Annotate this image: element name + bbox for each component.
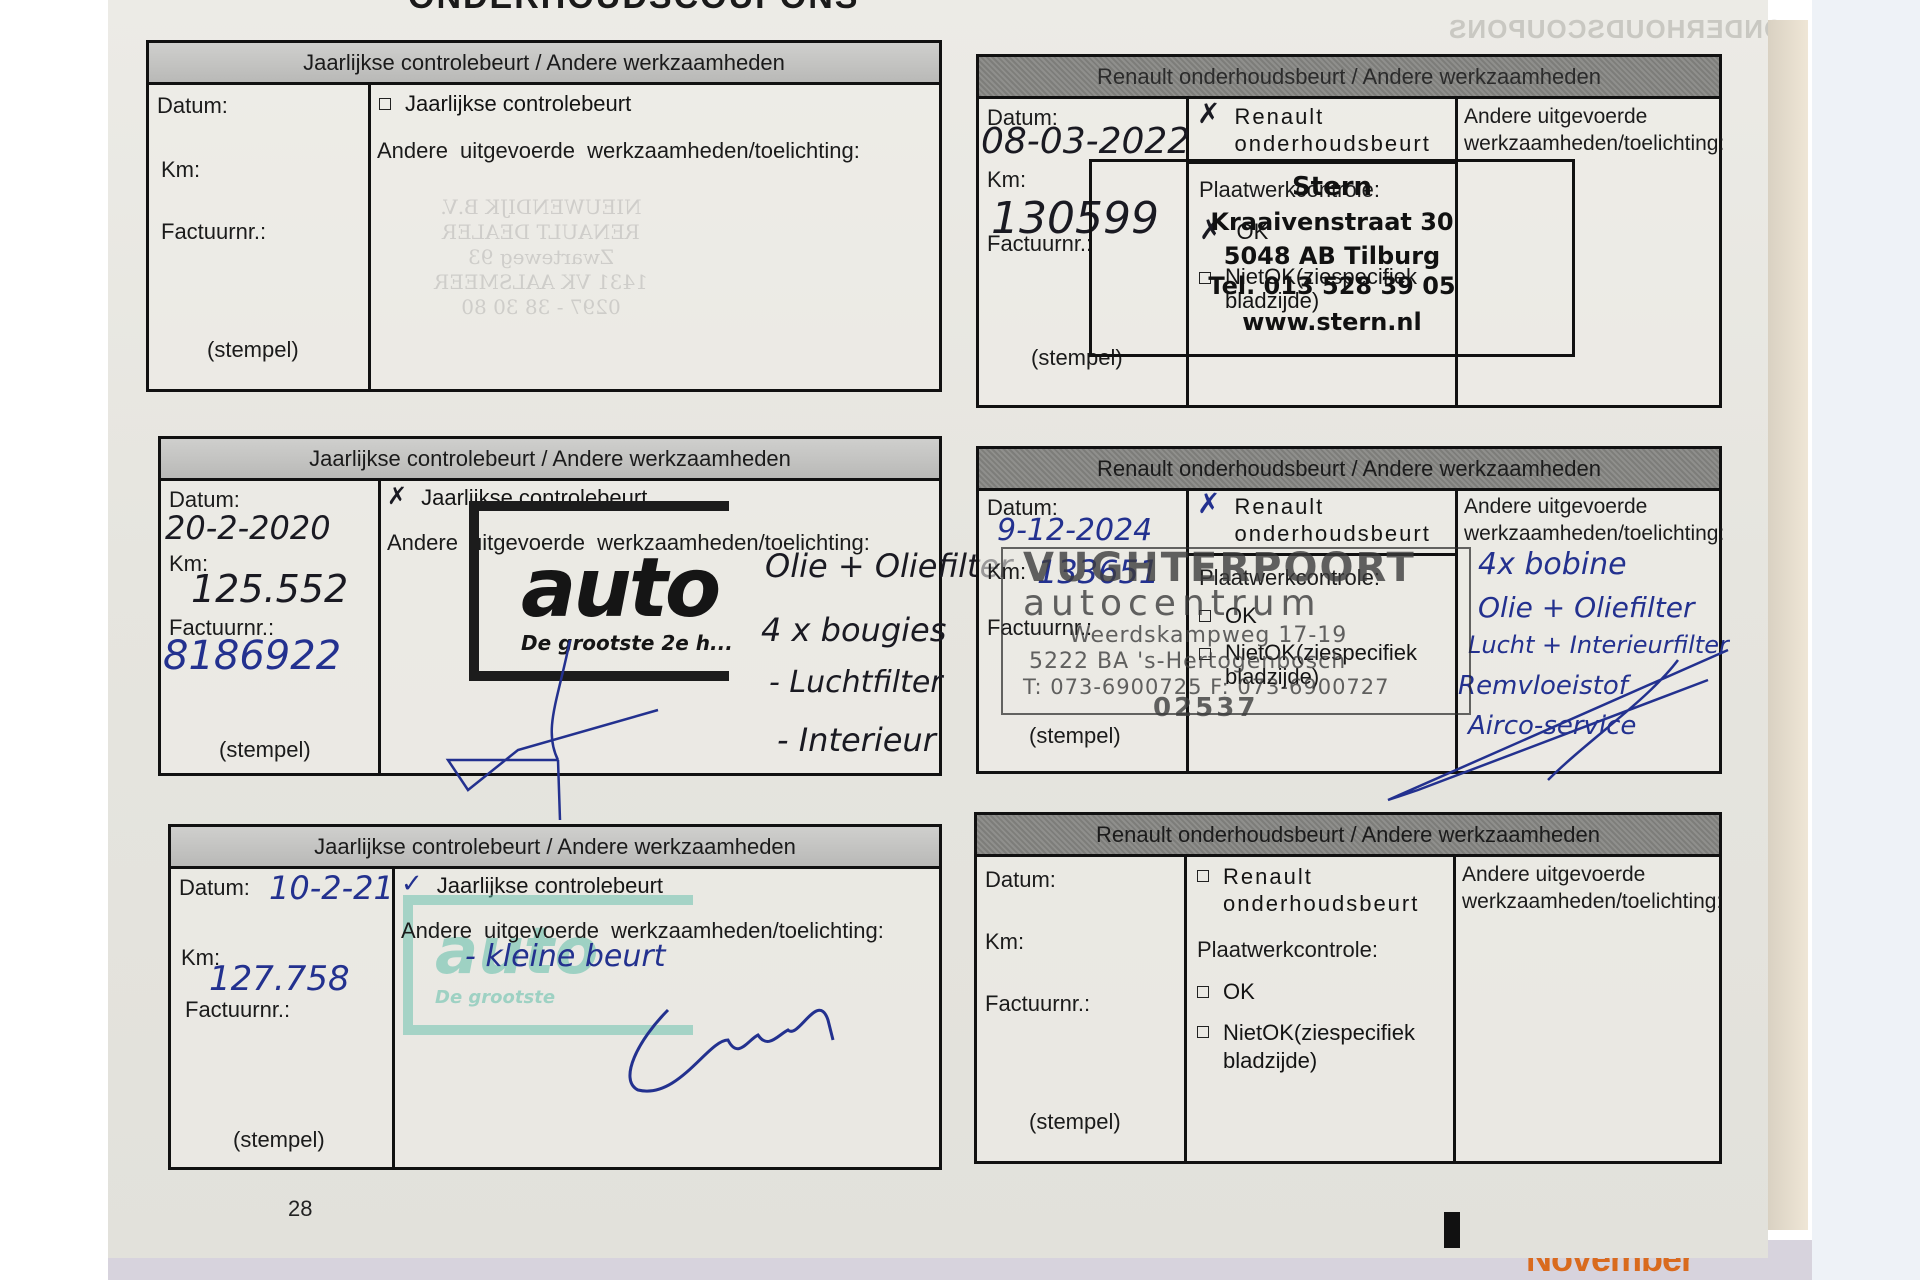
stamp-label: (stempel)	[207, 337, 299, 363]
check-mark-icon: ✗	[387, 485, 407, 507]
other-work-label: Andere uitgevoerde werkzaamheden/toelich…	[377, 137, 927, 164]
handwritten-note: Olie + Oliefilter	[1478, 591, 1695, 624]
stamp-line: Tel. 013 528 39 05	[1092, 272, 1572, 300]
stamp-label: (stempel)	[233, 1127, 325, 1153]
handwritten-date: 08-03-2022	[981, 121, 1190, 162]
other-work-label: Andere uitgevoerde werkzaamheden/toelich…	[1464, 493, 1714, 547]
bodywork-label: Plaatwerkcontrole:	[1197, 937, 1378, 963]
bodywork-not-ok-row[interactable]: NietOK(ziespecifiek bladzijde)	[1197, 1019, 1443, 1075]
annual-checkbox[interactable]	[379, 98, 391, 110]
coupon-header: Renault onderhoudsbeurt / Andere werkzaa…	[979, 449, 1719, 491]
signature-middle-right	[1348, 650, 1748, 830]
page-number: 28	[288, 1196, 312, 1222]
stamp-line: Stern	[1092, 172, 1572, 202]
bodywork-ok-label: OK	[1223, 979, 1255, 1005]
handwritten-note: - kleine beurt	[465, 939, 665, 974]
coupon-info-column: Datum: 20-2-2020 Km: 125.552 Factuurnr.:…	[161, 481, 381, 773]
coupon-info-column: Datum: Km: Factuurnr.: (stempel)	[149, 85, 371, 389]
stamp-line: www.stern.nl	[1092, 308, 1572, 336]
coupon-info-column: Datum: Km: Factuurnr.: (stempel)	[977, 857, 1187, 1161]
renault-check-label: Renault onderhoudsbeurt	[1234, 103, 1446, 157]
handwritten-km: 125.552	[191, 567, 348, 611]
handwritten-note: - Interieur	[777, 721, 936, 759]
coupon-header: Jaarlijkse controlebeurt / Andere werkza…	[161, 439, 939, 481]
km-label: Km:	[987, 167, 1026, 193]
handwritten-note: - Luchtfilter	[769, 665, 943, 700]
coupon-top-left: Jaarlijkse controlebeurt / Andere werkza…	[146, 40, 942, 392]
bodywork-not-ok-label: NietOK(ziespecifiek bladzijde)	[1223, 1019, 1443, 1075]
stamp-label: (stempel)	[1029, 1109, 1121, 1135]
coupon-top-right: Renault onderhoudsbeurt / Andere werkzaa…	[976, 54, 1722, 408]
km-label: Km:	[161, 157, 200, 183]
stamp-line: autocentrum	[1023, 583, 1322, 624]
handwritten-km: 127.758	[209, 959, 350, 999]
handwritten-date: 9-12-2024	[997, 513, 1152, 548]
annual-check-label: Jaarlijkse controlebeurt	[405, 91, 631, 117]
page-edge	[1768, 20, 1808, 1230]
coupon-header: Renault onderhoudsbeurt / Andere werkzaa…	[979, 57, 1719, 99]
signature-middle-left	[448, 640, 748, 840]
coupon-notes-column: Andere uitgevoerde werkzaamheden/toelich…	[1453, 857, 1719, 1161]
coupon-work-column: Jaarlijkse controlebeurt Andere uitgevoe…	[371, 85, 939, 389]
coupon-header: Renault onderhoudsbeurt / Andere werkzaa…	[977, 815, 1719, 857]
stamp-label: (stempel)	[219, 737, 311, 763]
stamp-line: 02537	[1153, 693, 1258, 723]
dealer-stamp-auto-logo: auto	[521, 541, 718, 636]
coupon-info-column: Datum: 10-2-21 Km: 127.758 Factuurnr.: (…	[171, 869, 395, 1167]
renault-check-row[interactable]: ✗ Renault onderhoudsbeurt	[1197, 493, 1446, 547]
bodywork-not-ok-checkbox[interactable]	[1197, 1026, 1209, 1038]
annual-check-row[interactable]: Jaarlijkse controlebeurt	[379, 91, 631, 117]
background-right	[1812, 0, 1920, 1280]
coupon-check-column: Renault onderhoudsbeurt Plaatwerkcontrol…	[1187, 857, 1453, 1161]
km-label: Km:	[985, 929, 1024, 955]
signature-bottom-left	[618, 980, 878, 1100]
check-mark-icon: ✗	[1197, 493, 1220, 515]
stamp-line: Kraaivenstraat 30	[1092, 208, 1572, 236]
coupon-bottom-right: Renault onderhoudsbeurt / Andere werkzaa…	[974, 812, 1722, 1164]
stamp-line: 5222 BA 's-Hertogenbosch	[1029, 649, 1346, 674]
stamp-label: (stempel)	[1029, 723, 1121, 749]
invoice-label: Factuurnr.:	[185, 997, 290, 1023]
renault-check-row[interactable]: Renault onderhoudsbeurt	[1197, 863, 1435, 917]
handwritten-date: 10-2-21	[269, 869, 394, 907]
invoice-label: Factuurnr.:	[161, 219, 266, 245]
coupon-header: Jaarlijkse controlebeurt / Andere werkza…	[149, 43, 939, 85]
check-mark-icon: ✗	[1197, 103, 1220, 125]
ghost-line: Zwarteweg 93	[391, 245, 691, 270]
stamp-line: 5048 AB Tilburg	[1092, 242, 1572, 270]
page-marker	[1444, 1212, 1460, 1248]
booklet-page: ONDERHOUDSCOUPONS ONDERHOUDSCOUPONS Jaar…	[108, 0, 1768, 1258]
ghost-line: RENAULT DEALER	[391, 220, 691, 245]
renault-check-row[interactable]: ✗ Renault onderhoudsbeurt	[1197, 103, 1446, 157]
ghost-line: NIEUWENDIJK B.V.	[391, 195, 691, 220]
show-through-title: ONDERHOUDSCOUPONS	[1448, 14, 1784, 45]
handwritten-invoice: 8186922	[163, 633, 341, 679]
check-mark-icon: ✓	[401, 873, 423, 895]
ghost-line: 0297 - 38 30 80	[391, 295, 691, 320]
renault-check-label: Renault onderhoudsbeurt	[1223, 863, 1435, 917]
renault-check-label: Renault onderhoudsbeurt	[1234, 493, 1446, 547]
background-left	[0, 0, 108, 1280]
dealer-stamp-slogan: De grootste	[435, 987, 555, 1008]
bodywork-ok-checkbox[interactable]	[1197, 986, 1209, 998]
date-label: Datum:	[179, 875, 250, 901]
dealer-stamp-stern: Stern Kraaivenstraat 30 5048 AB Tilburg …	[1089, 159, 1575, 357]
other-work-label: Andere uitgevoerde werkzaamheden/toelich…	[1464, 103, 1714, 157]
coupon-header: Jaarlijkse controlebeurt / Andere werkza…	[171, 827, 939, 869]
date-label: Datum:	[985, 867, 1056, 893]
invoice-label: Factuurnr.:	[985, 991, 1090, 1017]
handwritten-note: 4x bobine	[1478, 547, 1627, 582]
bodywork-ok-row[interactable]: OK	[1197, 979, 1255, 1005]
stamp-line: Weerdskampweg 17-19	[1069, 623, 1347, 648]
section-title: ONDERHOUDSCOUPONS	[408, 0, 859, 17]
other-work-label: Andere uitgevoerde werkzaamheden/toelich…	[1462, 861, 1712, 915]
date-label: Datum:	[157, 93, 228, 119]
handwritten-date: 20-2-2020	[165, 509, 331, 547]
renault-checkbox[interactable]	[1197, 870, 1209, 882]
ghost-stamp-nieuwendijk: NIEUWENDIJK B.V. RENAULT DEALER Zwartewe…	[391, 195, 691, 320]
handwritten-note: 4 x bougies	[761, 611, 946, 649]
ghost-line: 1431 VK AALSMEER	[391, 270, 691, 295]
